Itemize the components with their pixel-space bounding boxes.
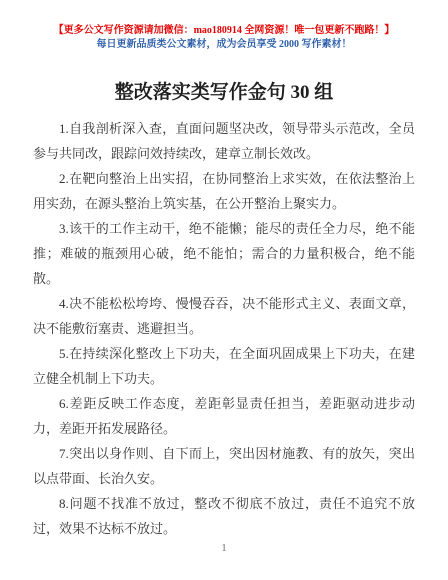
paragraph-5: 5.在持续深化整改上下功夫，在全面巩固成果上下功夫，在建立健全机制上下功夫。 (33, 341, 415, 391)
document-body: 1.自我剖析深入查，直面问题坚决改，领导带头示范改，全员参与共同改，跟踪问效持续… (33, 116, 415, 541)
promo-header: 【更多公文写作资源请加微信：mao180914 全网资源！唯一包更新不跑路！】 … (0, 24, 448, 51)
paragraph-2: 2.在靶向整治上出实招，在协同整治上求实效，在依法整治上用实劲，在源头整治上筑实… (33, 166, 415, 216)
paragraph-8: 8.问题不找准不放过，整改不彻底不放过，责任不追究不放过，效果不达标不放过。 (33, 491, 415, 541)
promo-header-line1: 【更多公文写作资源请加微信：mao180914 全网资源！唯一包更新不跑路！】 (0, 24, 448, 37)
paragraph-6: 6.差距反映工作态度，差距彰显责任担当，差距驱动进步动力，差距开拓发展路径。 (33, 391, 415, 441)
page-title: 整改落实类写作金句 30 组 (0, 77, 448, 104)
promo-header-line2: 每日更新品质类公文素材，成为会员享受 2000 写作素材！ (0, 38, 448, 51)
paragraph-4: 4.决不能松松垮垮、慢慢吞吞，决不能形式主义、表面文章，决不能敷衍塞责、逃避担当… (33, 291, 415, 341)
paragraph-3: 3.该干的工作主动干，绝不能懒；能尽的责任全力尽，绝不能推；难破的瓶颈用心破，绝… (33, 216, 415, 291)
paragraph-7: 7.突出以身作则、自下而上，突出因材施教、有的放矢，突出以点带面、长治久安。 (33, 441, 415, 491)
document-page: 【更多公文写作资源请加微信：mao180914 全网资源！唯一包更新不跑路！】 … (0, 0, 448, 580)
paragraph-1: 1.自我剖析深入查，直面问题坚决改，领导带头示范改，全员参与共同改，跟踪问效持续… (33, 116, 415, 166)
page-number: 1 (0, 543, 448, 554)
